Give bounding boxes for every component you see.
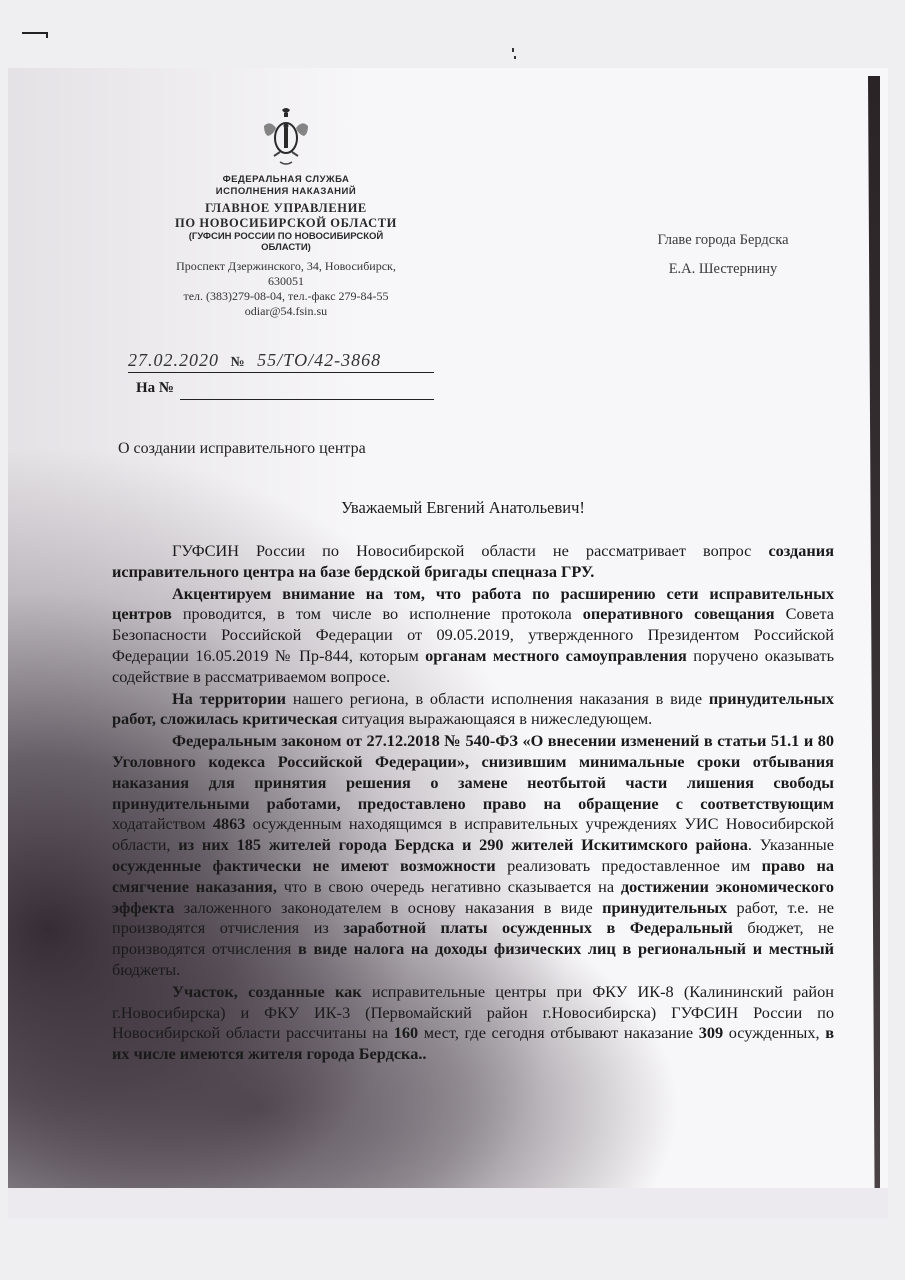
department-name-line2: ПО НОВОСИБИРСКОЙ ОБЛАСТИ (136, 216, 436, 231)
paragraph-3: На территории нашего региона, в области … (112, 689, 834, 731)
agency-name-line1: ФЕДЕРАЛЬНАЯ СЛУЖБА (136, 174, 436, 186)
letterhead: ФЕДЕРАЛЬНАЯ СЛУЖБА ИСПОЛНЕНИЯ НАКАЗАНИЙ … (136, 106, 436, 319)
addressee-name: Е.А. Шестернину (608, 255, 838, 284)
eagle-emblem-icon (260, 106, 312, 172)
registration-line: 27.02.2020 № 55/ТО/42-3868 (128, 350, 434, 373)
paragraph-4: Федеральным законом от 27.12.2018 № 540-… (112, 731, 834, 981)
registration-number: 55/ТО/42-3868 (257, 350, 381, 370)
department-abbr-line1: (ГУФСИН РОССИИ ПО НОВОСИБИРСКОЙ (136, 231, 436, 242)
scan-artifact-mark (22, 32, 48, 38)
phone-fax-line: тел. (383)279-08-04, тел.-факс 279-84-55 (136, 289, 436, 304)
scanned-letter-page: ФЕДЕРАЛЬНАЯ СЛУЖБА ИСПОЛНЕНИЯ НАКАЗАНИЙ … (8, 68, 888, 1188)
scan-dust (512, 48, 514, 52)
department-name-line1: ГЛАВНОЕ УПРАВЛЕНИЕ (136, 201, 436, 216)
scan-bottom-margin (8, 1188, 888, 1218)
scan-dust (514, 56, 516, 59)
agency-name-line2: ИСПОЛНЕНИЯ НАКАЗАНИЙ (136, 186, 436, 198)
reply-to-line: На № (136, 380, 434, 402)
addressee-block: Главе города Бердска Е.А. Шестернину (608, 226, 838, 284)
email-line: odiar@54.fsin.su (136, 304, 436, 319)
department-abbr-line2: ОБЛАСТИ) (136, 242, 436, 253)
number-label: № (231, 355, 246, 370)
address-postcode: 630051 (136, 274, 436, 289)
address-line1: Проспект Дзержинского, 34, Новосибирск, (136, 259, 436, 274)
salutation: Уважаемый Евгений Анатольевич! (8, 498, 888, 518)
registration-date: 27.02.2020 (128, 350, 219, 370)
letter-subject: О создании исправительного центра (118, 440, 366, 458)
reply-to-blank (180, 399, 434, 400)
letter-body: ГУФСИН России по Новосибирской области н… (112, 541, 834, 1065)
paragraph-1: ГУФСИН России по Новосибирской области н… (112, 541, 834, 583)
paragraph-2: Акцентируем внимание на том, что работа … (112, 584, 834, 688)
paragraph-5: Участок, созданные как исправительные це… (112, 982, 834, 1065)
reply-to-label: На № (136, 380, 174, 396)
addressee-title: Главе города Бердска (608, 226, 838, 255)
